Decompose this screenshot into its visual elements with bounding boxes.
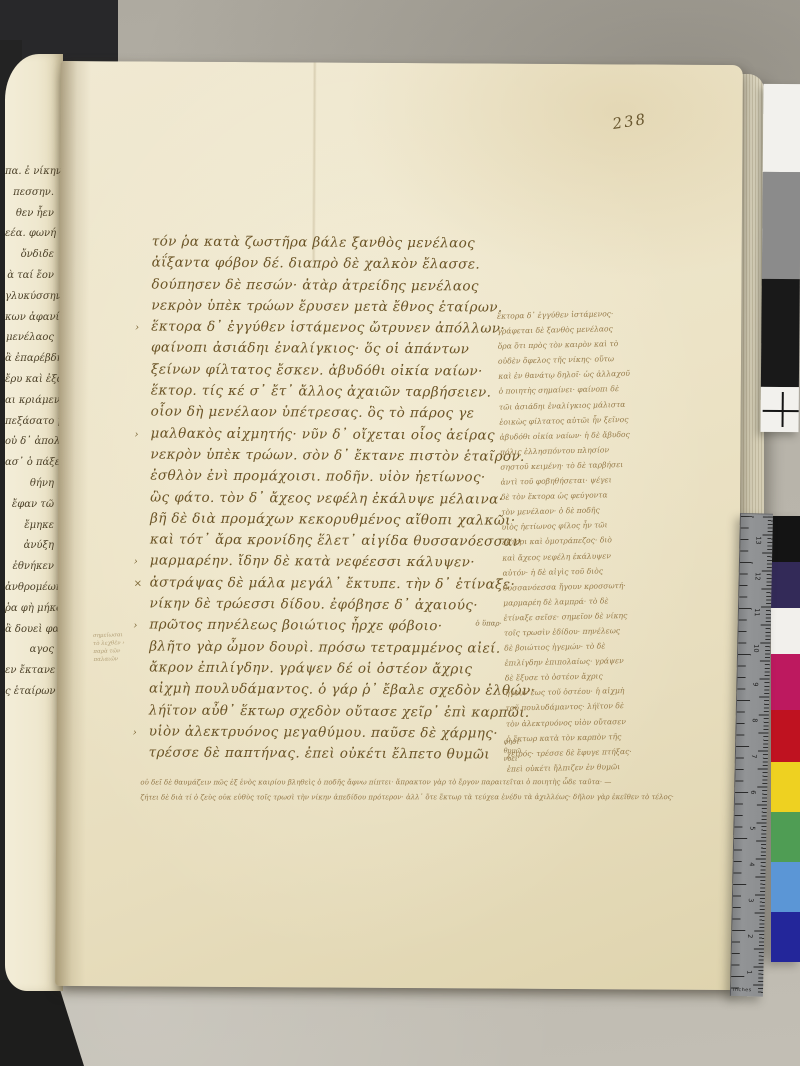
parchment-fold: [312, 62, 317, 262]
bottom-scholium-line: οὐ δεῖ δὲ θαυμάζειν πῶς ἐξ ἑνὸς καιρίου …: [140, 775, 740, 791]
ruler-number: 9: [737, 679, 773, 690]
verse-text: τρέσσε δὲ παπτήνας. ἐπεὶ οὐκέτι ἔλπετο θ…: [149, 745, 491, 763]
verse-text: τόν ῥα κατὰ ζωστῆρα βάλε ξανθὸς μενέλαος: [152, 233, 476, 251]
facing-line-ending: εν ἔκτανε: [5, 661, 54, 682]
ruler-unit-label: Inches: [733, 987, 752, 993]
marginal-mark: ×: [134, 578, 150, 589]
facing-page-edge: πα. ἐ νίκηνπεσσην.θεν ἧενεέα. φωνήὄνδιδε…: [5, 54, 63, 991]
grayscale-patch: [763, 84, 800, 172]
facing-line-ending: εέα. φωνή: [5, 224, 54, 245]
facing-line-ending: ἔμηκε: [5, 516, 54, 537]
color-patch: [771, 812, 800, 862]
grayscale-patch: [761, 279, 800, 387]
bottom-scholia: οὐ δεῖ δὲ θαυμάζειν πῶς ἐξ ἑνὸς καιρίου …: [140, 775, 740, 806]
verse-text: ἀστράψας δὲ μάλα μεγάλ᾽ ἔκτυπε. τὴν δ᾽ ἐ…: [150, 574, 516, 592]
ruler-number: 2: [732, 931, 768, 942]
facing-line-ending: ἀνύξη: [5, 536, 54, 557]
verse-text: καὶ τότ᾽ ἄρα κρονίδης ἕλετ᾽ αἰγίδα θυσσα…: [150, 532, 522, 550]
facing-line-ending: ἔρυ καὶ ἐξωνή: [5, 370, 54, 391]
facing-line-ending: γλυκύσσην: [5, 287, 54, 308]
verse-text: ξείνων φίλτατος ἔσκεν. ἀβυδόθι οἰκία ναί…: [151, 361, 483, 379]
facing-line-ending: κων ἀφανία.: [5, 308, 54, 329]
ruler-number: 1: [731, 967, 767, 978]
verse-line: δούπησεν δὲ πεσών· ἀτὰρ ἀτρείδης μενέλαο…: [135, 276, 580, 300]
verse-text: δούπησεν δὲ πεσών· ἀτὰρ ἀτρείδης μενέλαο…: [151, 276, 479, 294]
grayscale-calibration-strip: [760, 84, 800, 432]
facing-line-ending: ασ᾽ ὁ πάξει: [5, 453, 54, 474]
left-margin-note: σημείωσαιτὸ λεχθὲν ›παρὰ τῶνπαλαιῶν: [93, 631, 146, 664]
verse-text: λήϊτον αὖθ᾽ ἕκτωρ σχεδὸν οὔτασε χεῖρ᾽ ἐπ…: [149, 702, 530, 720]
scholium-line: ἀβυδόθι οἰκία ναίων· ἡ δὲ ἄβυδος: [499, 426, 645, 444]
verse-text: βῆ δὲ διὰ προμάχων κεκορυθμένος αἴθοπι χ…: [150, 510, 516, 528]
verse-text: βλῆτο γὰρ ὦμον δουρὶ. πρόσω τετραμμένος …: [149, 638, 500, 656]
color-patch: [771, 762, 800, 812]
verse-text: ἀΐξαντα φόβον δέ. διαπρὸ δὲ χαλκὸν ἔλασσ…: [152, 255, 481, 273]
color-patch: [771, 608, 800, 654]
color-patch: [771, 562, 800, 608]
folio-number: 238: [611, 110, 648, 133]
ruler-number: 11: [739, 607, 775, 618]
color-patch: [771, 710, 800, 762]
facing-line-ending: πεξάσατο μ᾽: [5, 412, 54, 433]
manuscript-photo: πα. ἐ νίκηνπεσσην.θεν ἧενεέα. φωνήὄνδιδε…: [0, 0, 800, 1066]
facing-line-ending: αι κριάμενω: [5, 391, 54, 412]
left-note-line: παλαιῶν: [93, 655, 145, 664]
facing-line-ending: πα. ἐ νίκην: [5, 162, 54, 183]
facing-line-ending: ἃ ἐπαρέβδην: [5, 349, 54, 370]
grayscale-patch: [762, 172, 800, 279]
ruler-number: 10: [738, 643, 774, 654]
ruler-number: 4: [734, 859, 770, 870]
facing-line-ending: θήνη: [5, 474, 54, 495]
verse-text: πρῶτος πηνέλεως βοιώτιος ἦρχε φόβοιο·: [149, 617, 442, 635]
facing-line-ending: οὐ δ᾽ ἀπολών: [5, 432, 54, 453]
marginal-mark: ›: [135, 323, 151, 334]
marginal-mark: ›: [133, 727, 149, 738]
facing-line-ending: ὰ ταί ἔον: [5, 266, 54, 287]
scholium-line: χειρός· τρέσσε δὲ ἔφυγε πτήξας·: [506, 743, 652, 761]
color-patch: [771, 862, 800, 912]
verse-text: ἄκρον ἐπιλίγδην. γράψεν δέ οἱ ὀστέον ἄχρ…: [149, 659, 472, 677]
crosshair-vertical: [782, 392, 784, 426]
verse-text: ἕκτορ. τίς κέ σ᾽ ἔτ᾽ ἄλλος ἀχαιῶν ταρβήσ…: [151, 383, 492, 401]
facing-page-text: πα. ἐ νίκηνπεσσην.θεν ἧενεέα. φωνήὄνδιδε…: [5, 162, 54, 703]
manuscript-page: 238 τόν ῥα κατὰ ζωστῆρα βάλε ξανθὸς μενέ…: [55, 61, 743, 990]
color-patch: [771, 654, 800, 710]
verse-text: νίκην δὲ τρώεσσι δίδου. ἐφόβησε δ᾽ ἀχαιο…: [149, 596, 478, 614]
facing-line-ending: ῥα φὴ μήκαινα: [5, 599, 54, 620]
facing-line-ending: ἃ δουεὶ φαλεῖ: [5, 620, 54, 641]
verse-text: μαλθακὸς αἰχμητής· νῦν δ᾽ οἴχεται οἶος ἀ…: [151, 425, 496, 443]
facing-line-ending: ς ἑταίρων: [5, 682, 54, 703]
color-patch: [771, 912, 800, 962]
verse-text: οἷον δὴ μενέλαον ὑπέτρεσας. ὃς τὸ πάρος …: [151, 404, 475, 422]
verse-text: ἕκτορα δ᾽ ἐγγύθεν ἱστάμενος ὤτρυνεν ἀπόλ…: [151, 319, 505, 337]
grayscale-patch: [760, 387, 798, 432]
verse-line: ἀΐξαντα φόβον δέ. διαπρὸ δὲ χαλκὸν ἔλασσ…: [136, 255, 581, 279]
verse-text: αἰχμὴ πουλυδάμαντος. ὁ γάρ ῥ᾽ ἔβαλε σχεδ…: [149, 681, 535, 699]
verse-text: μαρμαρέην. ἴδην δὲ κατὰ νεφέεσσι κάλυψεν…: [150, 553, 475, 571]
bottom-scholium-line: ζήτει δὲ διὰ τί ὁ ζεὺς οὐκ εὐθὺς τοῖς τρ…: [140, 790, 740, 806]
interlinear-gloss: ὁ ὕπαρ·: [475, 619, 501, 627]
verse-text: ἐσθλὸν ἐνὶ προμάχοισι. ποδῆν. υἱὸν ἠετίω…: [150, 468, 485, 486]
facing-line-ending: μενέλαος: [5, 328, 54, 349]
marginal-scholia-column: ἕκτορα δ᾽ ἐγγύθεν ἱστάμενος·γράφεται δὲ …: [497, 306, 653, 777]
ruler-number: 3: [733, 895, 769, 906]
facing-line-ending: αγος: [5, 640, 54, 661]
verse-text: νεκρὸν ὑπὲκ τρώων. σὸν δ᾽ ἔκτανε πιστὸν …: [150, 446, 524, 464]
facing-line-ending: ἐθνήκεν: [5, 557, 54, 578]
ruler-number: 8: [737, 715, 773, 726]
scholium-line: ἐπεὶ οὐκέτι ἤλπιζεν ἐν θυμῶι: [507, 758, 653, 776]
verse-text: φαίνοπι ἀσιάδηι ἐναλίγκιος· ὅς οἱ ἁπάντω…: [151, 340, 469, 358]
facing-line-ending: πεσσην.: [5, 183, 54, 204]
ruler-number: 12: [740, 571, 776, 582]
facing-line-ending: ὄνδιδε: [5, 245, 54, 266]
crosshair-horizontal: [763, 409, 799, 411]
ruler-number: 7: [736, 751, 772, 762]
facing-line-ending: ἔφαν τῶ: [5, 495, 54, 516]
color-calibration-strip: [771, 516, 800, 962]
facing-line-ending: ἀνθρομέων: [5, 578, 54, 599]
verse-text: νεκρὸν ὑπὲκ τρώων ἔρυσεν μετὰ ἔθνος ἑταί…: [151, 297, 502, 315]
verse-text: υἱὸν ἀλεκτρυόνος μεγαθύμου. παῦσε δὲ χάρ…: [149, 723, 498, 741]
ruler-number: 5: [734, 823, 770, 834]
ruler-number: 6: [735, 787, 771, 798]
marginal-mark: ›: [134, 557, 150, 568]
facing-line-ending: θεν ἧεν: [5, 204, 54, 225]
marginal-mark: ›: [135, 429, 151, 440]
gutter-shadow: [55, 61, 91, 986]
verse-text: ὣς φάτο. τὸν δ᾽ ἄχεος νεφέλη ἐκάλυψε μέλ…: [150, 489, 503, 507]
ruler-number: 13: [740, 535, 776, 546]
